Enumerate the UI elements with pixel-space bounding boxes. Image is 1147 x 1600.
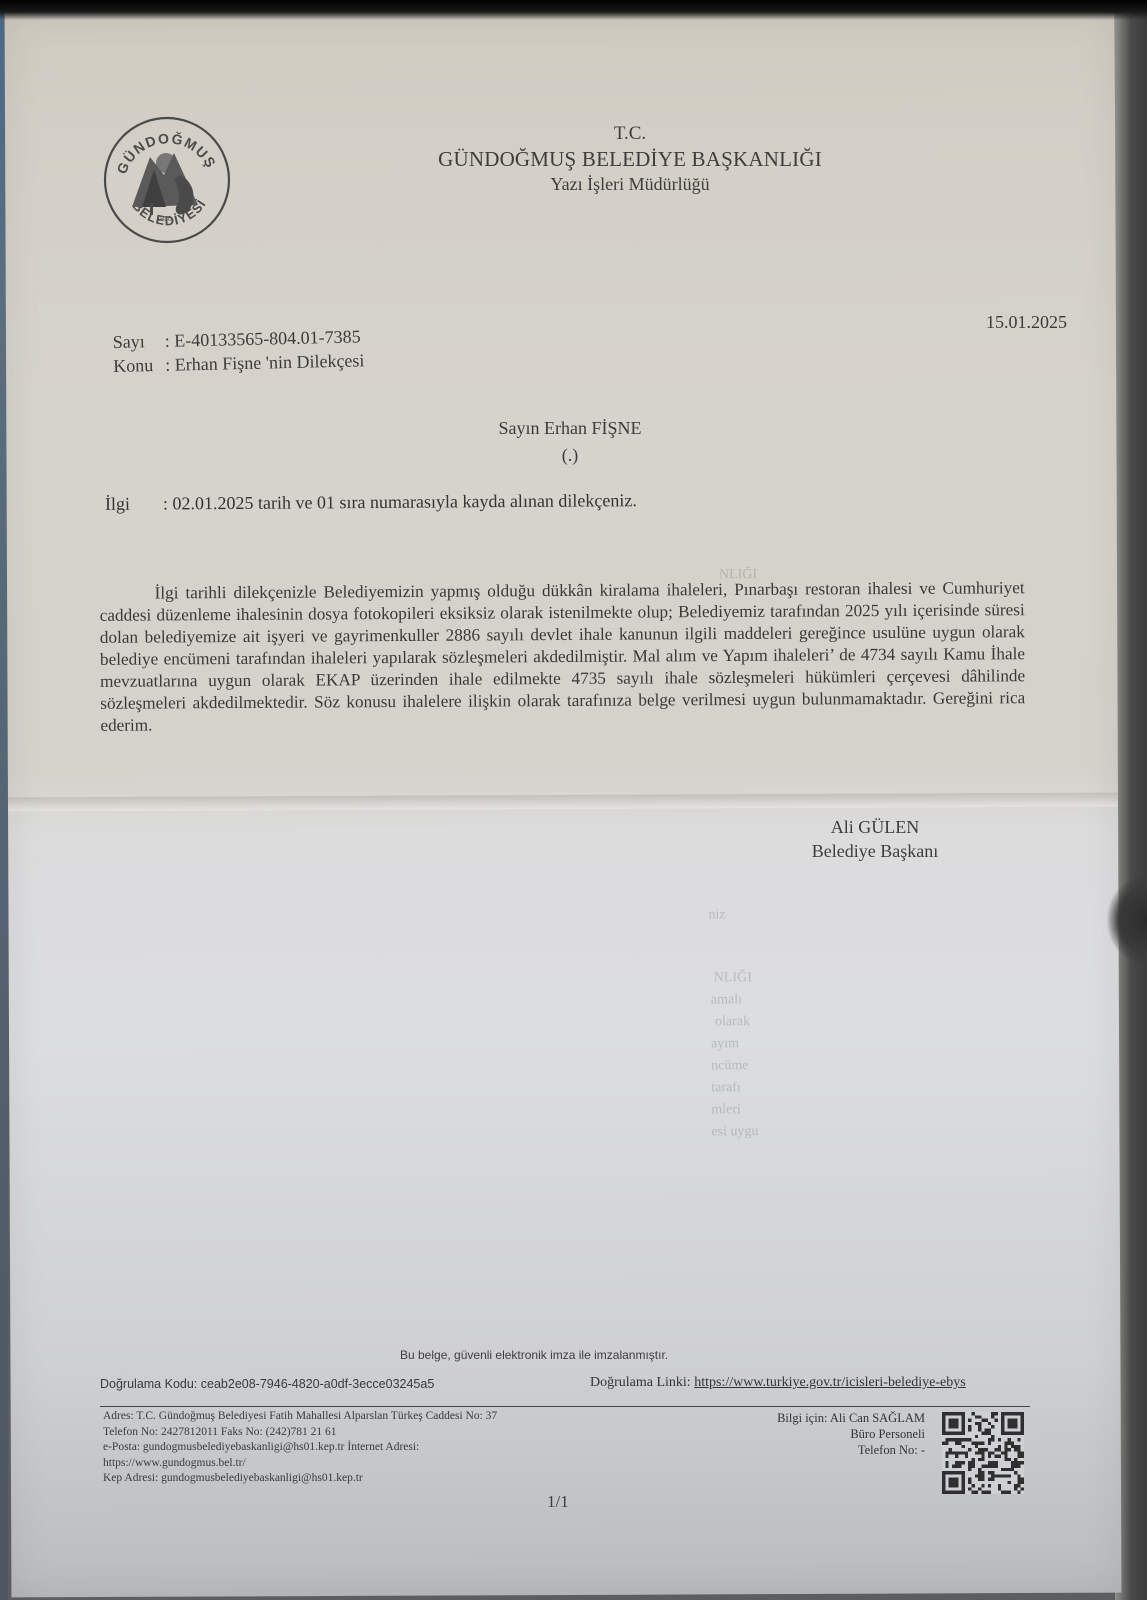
bleed-through-text: ayım: [711, 1033, 739, 1055]
municipality-logo-icon: GÜNDOĞMUŞ BELEDİYESİ 1936: [102, 115, 232, 245]
footer-info: Bilgi için: Ali Can SAĞLAM Büro Personel…: [740, 1410, 925, 1458]
logo-year: 1936: [156, 216, 172, 223]
reference-label: İlgi: [105, 493, 163, 514]
letter-date: 15.01.2025: [986, 312, 1067, 333]
bleed-through-text: tarafı: [711, 1077, 741, 1099]
addressee: Sayın Erhan FİŞNE (.): [420, 415, 720, 469]
footer-website[interactable]: https://www.gundogmus.bel.tr/: [103, 1456, 623, 1472]
signatory-title: Belediye Başkanı: [790, 839, 960, 863]
letter-meta: Sayı: E-40133565-804.01-7385 Konu: Erhan…: [112, 324, 364, 378]
sayi-label: Sayı: [112, 329, 165, 354]
paper-fold: [8, 793, 1118, 812]
verification-code: Doğrulama Kodu: ceab2e08-7946-4820-a0df-…: [100, 1377, 434, 1391]
verification-link-url[interactable]: https://www.turkiye.gov.tr/icisleri-bele…: [694, 1375, 966, 1390]
letter-body: İlgi tarihli dilekçenizle Belediyemizin …: [100, 577, 1026, 737]
bleed-through-text: niz: [708, 904, 725, 926]
signature-block: Ali GÜLEN Belediye Başkanı: [790, 815, 960, 863]
qr-code-icon[interactable]: [942, 1412, 1024, 1494]
footer-contact: Adres: T.C. Gündoğmuş Belediyesi Fatih M…: [103, 1409, 623, 1487]
sayi-value: : E-40133565-804.01-7385: [164, 326, 360, 350]
verification-link: Doğrulama Linki: https://www.turkiye.gov…: [590, 1375, 966, 1391]
footer-address: Adres: T.C. Gündoğmuş Belediyesi Fatih M…: [103, 1409, 623, 1425]
info-contact: Bilgi için: Ali Can SAĞLAM: [740, 1410, 925, 1426]
bleed-through-text: mleri: [711, 1099, 741, 1121]
bleed-through-text: amalı: [711, 989, 742, 1011]
bleed-through-text: olarak: [715, 1011, 750, 1033]
info-role: Büro Personeli: [740, 1426, 925, 1442]
konu-label: Konu: [113, 353, 166, 378]
footer-phone: Telefon No: 2427812011 Faks No: (242)781…: [103, 1425, 623, 1441]
footer-kep: Kep Adresi: gundogmusbelediyebaskanligi@…: [103, 1471, 623, 1487]
bleed-through-text: ncüme: [711, 1055, 748, 1077]
verification-link-label: Doğrulama Linki:: [590, 1375, 691, 1390]
reference-line: İlgi: 02.01.2025 tarih ve 01 sıra numara…: [105, 490, 637, 515]
finger-shadow: [1107, 875, 1147, 965]
bleed-through-text: esi uygu: [711, 1121, 758, 1143]
header-republic: T.C.: [330, 122, 930, 146]
info-phone: Telefon No: -: [740, 1442, 925, 1458]
page-number: 1/1: [547, 1492, 569, 1512]
reference-value: : 02.01.2025 tarih ve 01 sıra numarasıyl…: [163, 490, 637, 513]
bleed-through-text: NLIĞI: [714, 967, 752, 989]
header-department: Yazı İşleri Müdürlüğü: [330, 172, 930, 196]
photo-top-edge: [0, 0, 1147, 20]
header-institution: GÜNDOĞMUŞ BELEDİYE BAŞKANLIĞI: [330, 146, 930, 172]
konu-value: : Erhan Fişne 'nin Dilekçesi: [165, 350, 365, 375]
signatory-name: Ali GÜLEN: [790, 815, 960, 839]
letter-header: T.C. GÜNDOĞMUŞ BELEDİYE BAŞKANLIĞI Yazı …: [330, 122, 930, 196]
footer-email: e-Posta: gundogmusbelediyebaskanligi@hs0…: [103, 1440, 623, 1456]
verification-code-value: ceab2e08-7946-4820-a0df-3ecce03245a5: [201, 1377, 435, 1391]
verification-code-label: Doğrulama Kodu:: [100, 1377, 197, 1391]
addressee-address: (.): [420, 442, 720, 469]
addressee-name: Sayın Erhan FİŞNE: [420, 415, 720, 442]
footer-divider: [100, 1406, 1030, 1407]
esignature-note: Bu belge, güvenli elektronik imza ile im…: [400, 1348, 668, 1362]
